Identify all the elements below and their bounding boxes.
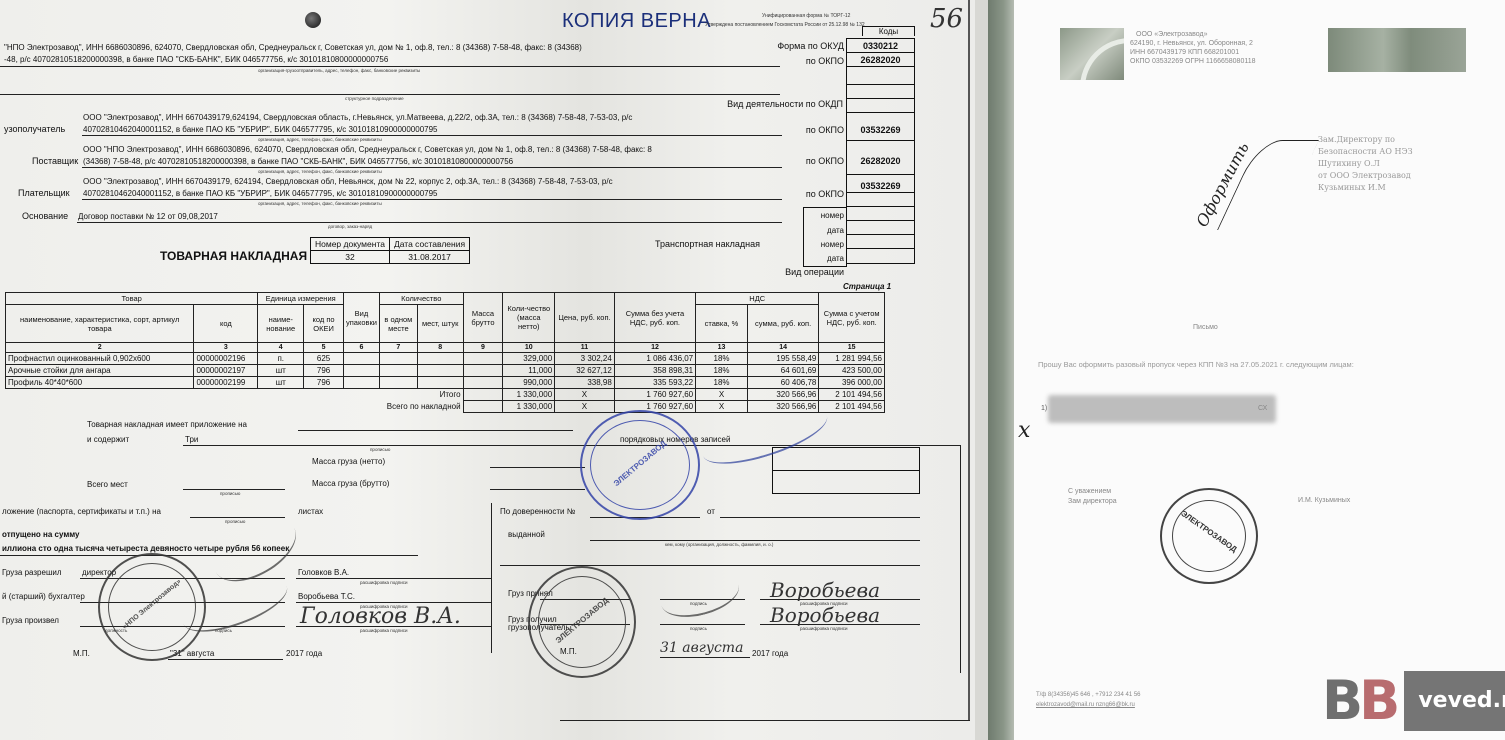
issued-caption: кем, кому (организация, должность, фамил… <box>665 542 773 547</box>
itogo-price: X <box>555 389 615 401</box>
letter-inn: ИНН 6670439179 КПП 668201001 <box>1130 49 1239 56</box>
vid-operacii-code <box>847 249 914 263</box>
page-label: Страница 1 <box>843 282 891 291</box>
cell-pack <box>343 377 379 389</box>
col-header-vat-sum: сумма, руб. коп. <box>747 305 818 343</box>
group-header-nds: НДС <box>696 293 819 305</box>
okpo-label-consignee: по ОКПО <box>782 125 844 135</box>
data-code-1 <box>847 207 914 221</box>
copy-certified-stamp: КОПИЯ ВЕРНА <box>562 10 711 33</box>
cell-sum-vat: 423 500,00 <box>819 365 885 377</box>
letterhead-banner <box>1328 28 1466 72</box>
contains-label: и содержит <box>87 435 129 444</box>
letter-body: Прошу Вас оформить разовый пропуск через… <box>1038 360 1354 369</box>
itogo-vat-rate: X <box>696 389 748 401</box>
col-header-pack: Вид упаковки <box>343 293 379 343</box>
cell-vat-rate: 18% <box>696 365 748 377</box>
released-by-label: Груза произвел <box>2 616 59 625</box>
doc-number-header: Номер документа <box>311 238 390 251</box>
signature-scribble-accepted <box>656 565 744 624</box>
cell-unit: п. <box>258 353 304 365</box>
cell-sum-no-vat: 335 593,22 <box>614 377 695 389</box>
closing-line-1: С уважением <box>1068 488 1111 495</box>
list-item-tail: СХ <box>1258 405 1267 412</box>
okpo-consignee-code: 03532269 <box>847 113 914 141</box>
accountant-name: Воробьева Т.С. <box>298 592 355 601</box>
column-number: 10 <box>503 343 555 353</box>
vsego-sum-vat: 2 101 494,56 <box>819 401 885 413</box>
form-caption: Унифицированная форма № ТОРГ-12 <box>762 13 850 19</box>
doc-number-value: 32 <box>311 251 390 264</box>
addressee-line-1: Зам.Директору по <box>1318 134 1395 146</box>
footer-email: elektrozavod@mail.ru nzng66@bk.ru <box>1036 702 1135 708</box>
cell-per-place <box>379 377 417 389</box>
shipper-line-2: -48, р/с 40702810518200000398, в банке П… <box>4 55 388 64</box>
col-header-unit-name: наиме-нование <box>258 305 304 343</box>
goods-table: Товар Единица измерения Вид упаковки Кол… <box>5 292 885 413</box>
date-right-handwritten: 31 августа <box>660 640 743 656</box>
scan-edge <box>988 0 1014 740</box>
contains-value: Три <box>185 435 198 444</box>
col-header-net-qty: Коли-чество (масса нетто) <box>503 293 555 343</box>
cell-okei: 625 <box>304 353 344 365</box>
watermark-logo-b1: B <box>1322 671 1359 731</box>
cell-qty: 11,000 <box>503 365 555 377</box>
power-of-attorney-label: По доверенности № <box>500 507 575 516</box>
sheets-label: листах <box>298 507 323 516</box>
doc-number-table: Номер документа Дата составления 32 31.0… <box>310 237 470 264</box>
shipper-line-1: "НПО Электрозавод", ИНН 6686030896, 6240… <box>4 43 582 52</box>
company-seal-recipient: ЭЛЕКТРОЗАВОД <box>528 566 636 678</box>
itogo-label: Итого <box>6 389 464 401</box>
cell-vat-rate: 18% <box>696 377 748 389</box>
column-number: 2 <box>6 343 194 353</box>
col-header-gross: Масса брутто <box>463 293 503 343</box>
column-number: 6 <box>343 343 379 353</box>
propisyu-caption-1: прописью <box>370 447 390 452</box>
table-row: Профнастил оцинкованный 0,902х6000000000… <box>6 353 885 365</box>
consignee-caption: организация, адрес, телефон, факс, банко… <box>258 137 382 142</box>
addressee-line-5: Кузьминых И.М <box>1318 182 1386 194</box>
okpo-payer-code: 03532269 <box>847 175 914 193</box>
cell-gross <box>463 365 503 377</box>
nomer-label-1: номер <box>790 211 844 220</box>
doc-date-value: 31.08.2017 <box>389 251 469 264</box>
handwritten-accepted-name: Воробьева <box>770 578 880 602</box>
letter-company: ООО «Электрозавод» <box>1136 31 1207 38</box>
okud-label: Форма по ОКУД <box>762 41 844 51</box>
supplier-line-1: ООО "НПО Электрозавод", ИНН 6686030896, … <box>83 145 652 154</box>
supplier-caption: организация, адрес, телефон, факс, банко… <box>258 169 382 174</box>
col-header-sum-no-vat: Сумма без учета НДС, руб. коп. <box>614 293 695 343</box>
itogo-vat-sum: 320 566,96 <box>747 389 818 401</box>
column-number: 14 <box>747 343 818 353</box>
cell-code: 00000002196 <box>194 353 258 365</box>
cell-places <box>417 353 463 365</box>
column-number: 4 <box>258 343 304 353</box>
cell-sum-vat: 396 000,00 <box>819 377 885 389</box>
group-header-unit: Единица измерения <box>258 293 344 305</box>
addressee-line-4: от ООО Электрозавод <box>1318 170 1411 182</box>
vsego-price: X <box>555 401 615 413</box>
torg12-document: КОПИЯ ВЕРНА Унифицированная форма № ТОРГ… <box>0 0 975 740</box>
vsego-row: Всего по накладной 1 330,000 X 1 760 927… <box>6 401 885 413</box>
cell-places <box>417 365 463 377</box>
table-row: Арочные стойки для ангара00000002197шт79… <box>6 365 885 377</box>
column-number: 12 <box>614 343 695 353</box>
decode-caption-1: расшифровка подписи <box>360 580 407 585</box>
footer-phone: Т/ф 8(34356)45 646 , +7912 234 41 56 <box>1036 692 1141 698</box>
attachment-label: ложение (паспорта, сертификаты и т.п.) н… <box>2 507 161 516</box>
handwritten-received-name: Воробьева <box>770 603 880 627</box>
nomer-code-1 <box>847 193 914 207</box>
allowed-name: Головков В.А. <box>298 568 349 577</box>
doc-date-header: Дата составления <box>389 238 469 251</box>
group-header-tovar: Товар <box>6 293 258 305</box>
column-number: 5 <box>304 343 344 353</box>
letter-address: 624190, г. Невьянск, ул. Оборонная, 2 <box>1130 40 1253 47</box>
net-mass-label: Масса груза (нетто) <box>312 457 385 466</box>
data-code-2 <box>847 235 914 249</box>
column-number: 9 <box>463 343 503 353</box>
company-logo <box>1060 28 1124 80</box>
allowed-label: Груза разрешил <box>2 568 62 577</box>
cell-unit: шт <box>258 377 304 389</box>
veved-watermark[interactable]: B B veved.ru <box>1322 671 1505 731</box>
nomer-label-2: номер <box>790 240 844 249</box>
shipper-caption: организация-грузоотправитель, адрес, тел… <box>258 68 420 73</box>
year-left: 2017 года <box>286 649 322 658</box>
cell-price: 3 302,24 <box>555 353 615 365</box>
cell-per-place <box>379 365 417 377</box>
cell-name: Арочные стойки для ангара <box>6 365 194 377</box>
itogo-row: Итого 1 330,000 X 1 760 927,60 X 320 566… <box>6 389 885 401</box>
okpo-label-shipper: по ОКПО <box>782 56 844 66</box>
cell-vat-sum: 60 406,78 <box>747 377 818 389</box>
signer-name: И.М. Кузьминых <box>1298 497 1350 504</box>
payer-caption: организация, адрес, телефон, факс, банко… <box>258 201 382 206</box>
data-label-1: дата <box>790 226 844 235</box>
cell-price: 338,98 <box>555 377 615 389</box>
cell-gross <box>463 353 503 365</box>
accountant-label: й (старший) бухгалтер <box>2 592 85 601</box>
consignee-line-2: 40702810462040001152, в банке ПАО КБ "УБ… <box>83 125 438 134</box>
col-header-okei: код по ОКЕИ <box>304 305 344 343</box>
released-sum-label: отпущено на сумму <box>2 530 80 539</box>
col-header-per-place: в одном месте <box>379 305 417 343</box>
handwritten-head-name: Головков В.А. <box>300 604 461 629</box>
cell-okei: 796 <box>304 377 344 389</box>
page-note-handwritten: 56 <box>930 4 963 34</box>
margin-mark: x <box>1018 418 1030 443</box>
total-places-label: Всего мест <box>87 480 128 489</box>
group-header-qty: Количество <box>379 293 463 305</box>
vsego-label: Всего по накладной <box>6 401 464 413</box>
punch-hole <box>305 12 321 28</box>
col-header-vat-rate: ставка, % <box>696 305 748 343</box>
data-label-2: дата <box>790 254 844 263</box>
codes-box: 0330212 26282020 03532269 26282020 03532… <box>846 38 915 264</box>
letter-okpo: ОКПО 03532269 ОГРН 1166658080118 <box>1130 58 1256 65</box>
codes-header: Коды <box>862 26 915 36</box>
company-seal-blue: ЭЛЕКТРОЗАВОД <box>580 410 700 520</box>
closing-line-2: Зам директора <box>1068 498 1117 505</box>
okdp-code <box>847 99 914 113</box>
year-right: 2017 года <box>752 649 788 658</box>
cell-per-place <box>379 353 417 365</box>
column-number: 3 <box>194 343 258 353</box>
document-title: ТОВАРНАЯ НАКЛАДНАЯ <box>160 249 307 263</box>
itogo-sum-no-vat: 1 760 927,60 <box>614 389 695 401</box>
net-mass-box <box>772 447 920 471</box>
gross-mass-box <box>772 470 920 494</box>
column-number: 8 <box>417 343 463 353</box>
okpo-supplier-code: 26282020 <box>847 141 914 175</box>
cell-sum-no-vat: 358 898,31 <box>614 365 695 377</box>
appendix-label: Товарная накладная имеет приложение на <box>87 420 247 429</box>
cell-qty: 329,000 <box>503 353 555 365</box>
itogo-sum-vat: 2 101 494,56 <box>819 389 885 401</box>
cell-vat-sum: 195 558,49 <box>747 353 818 365</box>
subdivision-caption: структурное подразделение <box>345 96 404 101</box>
consignee-label: узополучатель <box>4 124 65 134</box>
cell-pack <box>343 353 379 365</box>
form-approval: Утверждена постановлением Госкомстата Ро… <box>705 22 865 28</box>
col-header-sum-vat: Сумма с учетом НДС, руб. коп. <box>819 293 885 343</box>
issued-label: выданной <box>508 530 545 539</box>
redacted-name <box>1048 395 1276 423</box>
cell-name: Профиль 40*40*600 <box>6 377 194 389</box>
column-numbers-row: 23456789101112131415 <box>6 343 885 353</box>
cell-pack <box>343 365 379 377</box>
mp-label-left: М.П. <box>73 649 90 658</box>
payer-line-1: ООО "Электрозавод", ИНН 6670439179, 6241… <box>83 177 613 186</box>
list-item-marker: 1) <box>1041 405 1047 412</box>
cell-name: Профнастил оцинкованный 0,902х600 <box>6 353 194 365</box>
cell-qty: 990,000 <box>503 377 555 389</box>
okud-code: 0330212 <box>847 39 914 53</box>
basis-value: Договор поставки № 12 от 09,08,2017 <box>78 212 218 221</box>
supplier-line-2: (34368) 7-58-48, р/с 4070281051820000039… <box>83 157 513 166</box>
col-header-code: код <box>194 305 258 343</box>
column-number: 11 <box>555 343 615 353</box>
consignee-line-1: ООО "Электрозавод", ИНН 6670439179,62419… <box>83 113 632 122</box>
transport-waybill-label: Транспортная накладная <box>655 239 760 249</box>
table-row: Профиль 40*40*60000000002199шт796990,000… <box>6 377 885 389</box>
cell-gross <box>463 377 503 389</box>
col-header-price: Цена, руб. коп. <box>555 293 615 343</box>
cell-vat-sum: 64 601,69 <box>747 365 818 377</box>
cell-code: 00000002199 <box>194 377 258 389</box>
okpo-label-payer: по ОКПО <box>782 189 844 199</box>
cell-sum-vat: 1 281 994,56 <box>819 353 885 365</box>
nomer-code-2 <box>847 221 914 235</box>
propisyu-caption-2: прописью <box>220 491 240 496</box>
letter-title: Письмо <box>1193 324 1218 331</box>
payer-line-2: 40702810462040001152, в банке ПАО КБ "УБ… <box>83 189 438 198</box>
itogo-qty: 1 330,000 <box>503 389 555 401</box>
watermark-site-link[interactable]: veved.ru <box>1404 671 1505 731</box>
vsego-qty: 1 330,000 <box>503 401 555 413</box>
addressee-line-2: Безопасности АО НЭЗ <box>1318 146 1413 158</box>
col-header-places: мест, штук <box>417 305 463 343</box>
cell-code: 00000002197 <box>194 365 258 377</box>
empty-code-2 <box>847 85 914 99</box>
signature-caption-3: подпись <box>690 626 707 631</box>
col-header-name: наименование, характеристика, сорт, арти… <box>6 305 194 343</box>
power-ot-label: от <box>707 507 715 516</box>
letter-document: ООО «Электрозавод» 624190, г. Невьянск, … <box>988 0 1505 740</box>
basis-label: Основание <box>22 211 68 221</box>
cell-sum-no-vat: 1 086 436,07 <box>614 353 695 365</box>
empty-code-1 <box>847 67 914 85</box>
propisyu-caption-3: прописью <box>225 519 245 524</box>
supplier-label: Поставщик <box>32 156 78 166</box>
column-number: 13 <box>696 343 748 353</box>
okpo-shipper-code: 26282020 <box>847 53 914 67</box>
column-number: 15 <box>819 343 885 353</box>
basis-caption: договор, заказ-наряд <box>328 224 372 229</box>
cell-unit: шт <box>258 365 304 377</box>
addressee-line-3: Шутихину О.Л <box>1318 158 1380 170</box>
cell-vat-rate: 18% <box>696 353 748 365</box>
watermark-logo-b2: B <box>1359 671 1396 731</box>
okdp-label: Вид деятельности по ОКДП <box>700 99 843 109</box>
operation-type-label: Вид операции <box>760 267 844 277</box>
gross-mass-label: Масса груза (брутто) <box>312 479 389 488</box>
payer-label: Плательщик <box>18 188 70 198</box>
cell-price: 32 627,12 <box>555 365 615 377</box>
cell-okei: 796 <box>304 365 344 377</box>
okpo-label-supplier: по ОКПО <box>782 156 844 166</box>
letter-company-seal: ЭЛЕКТРОЗАВОД <box>1160 488 1258 584</box>
vsego-vat-rate: X <box>696 401 748 413</box>
column-number: 7 <box>379 343 417 353</box>
cell-places <box>417 377 463 389</box>
